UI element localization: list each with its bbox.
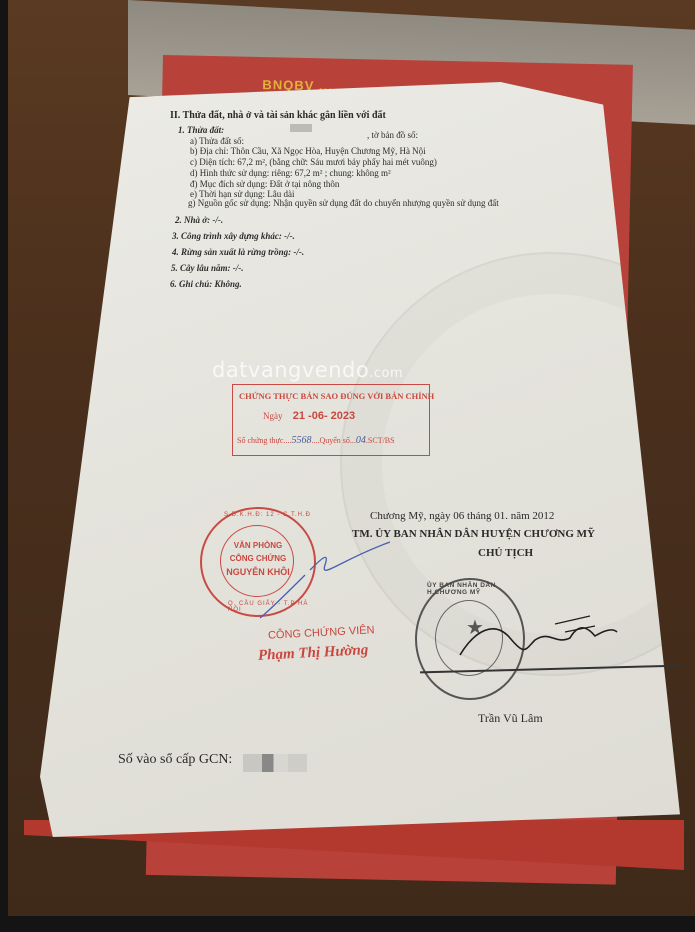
signer-name: Trần Vũ Lâm [478, 711, 543, 725]
certificate-page [40, 82, 680, 837]
land-area: c) Diện tích: 67,2 m², (bằng chữ: Sáu mư… [190, 157, 437, 167]
stamp-numbers: Số chứng thực....5568....Quyển số...04.S… [237, 435, 395, 446]
stamp-date-value: 21 -06- 2023 [293, 410, 355, 422]
redacted-gcn-number [243, 754, 307, 772]
signer-role: CHỦ TỊCH [478, 547, 533, 560]
land-address: b) Địa chỉ: Thôn Cầu, Xã Ngọc Hòa, Huyện… [190, 146, 426, 156]
notary-signature-stroke [250, 530, 390, 620]
land-heading: 1. Thửa đất: [178, 125, 224, 135]
stamp-number-value: 5568 [291, 435, 311, 446]
stamp-book-value: 04 [356, 435, 366, 446]
section-title: II. Thửa đất, nhà ở và tài sản khác gắn … [170, 110, 386, 122]
seal-ring-top: S.Đ.K.H.Đ: 12 - C.T.H.Đ [224, 512, 311, 518]
watermark: datvangvendo.com [212, 358, 403, 382]
land-origin: g) Nguồn gốc sử dụng: Nhận quyền sử dụng… [188, 198, 499, 208]
gcn-registry-label: Số vào sổ cấp GCN: [118, 752, 232, 769]
item-other-construction: 3. Công trình xây dựng khác: -/-. [172, 231, 295, 241]
watermark-suffix: .com [369, 366, 403, 381]
land-use-form: d) Hình thức sử dụng: riêng: 67,2 m² ; c… [190, 168, 391, 178]
stamp-date: Ngày 21 -06- 2023 [263, 410, 355, 422]
certification-stamp: CHỨNG THỰC BẢN SAO ĐÚNG VỚI BẢN CHÍNH Ng… [232, 384, 430, 456]
stamp-date-label: Ngày [263, 411, 283, 421]
issue-date: Chương Mỹ, ngày 06 tháng 01. năm 2012 [370, 510, 554, 523]
item-forest: 4. Rừng sản xuất là rừng trồng: -/-. [172, 247, 304, 257]
stamp-book-suffix: SCT/BS [368, 436, 395, 445]
chairman-signature [455, 610, 625, 670]
gov-seal-ring: ỦY BAN NHÂN DÂN H.CHƯƠNG MỸ [427, 582, 523, 596]
map-sheet-label: , tờ bản đồ số: [367, 130, 418, 140]
land-use-purpose: đ) Mục đích sử dụng: Đất ở tại nông thôn [190, 179, 339, 189]
land-parcel-number: a) Thửa đất số: [190, 136, 244, 146]
stamp-title: CHỨNG THỰC BẢN SAO ĐÚNG VỚI BẢN CHÍNH [239, 391, 434, 401]
redacted-parcel-number [290, 124, 312, 132]
stamp-number-label: Số chứng thực [237, 436, 283, 445]
watermark-main: datvangvendo [212, 358, 369, 382]
item-notes: 6. Ghi chú: Không. [170, 279, 242, 289]
item-house: 2. Nhà ở: -/-. [175, 215, 223, 225]
item-perennial-trees: 5. Cây lâu năm: -/-. [171, 263, 244, 273]
stamp-book-label: Quyển số [319, 436, 349, 445]
